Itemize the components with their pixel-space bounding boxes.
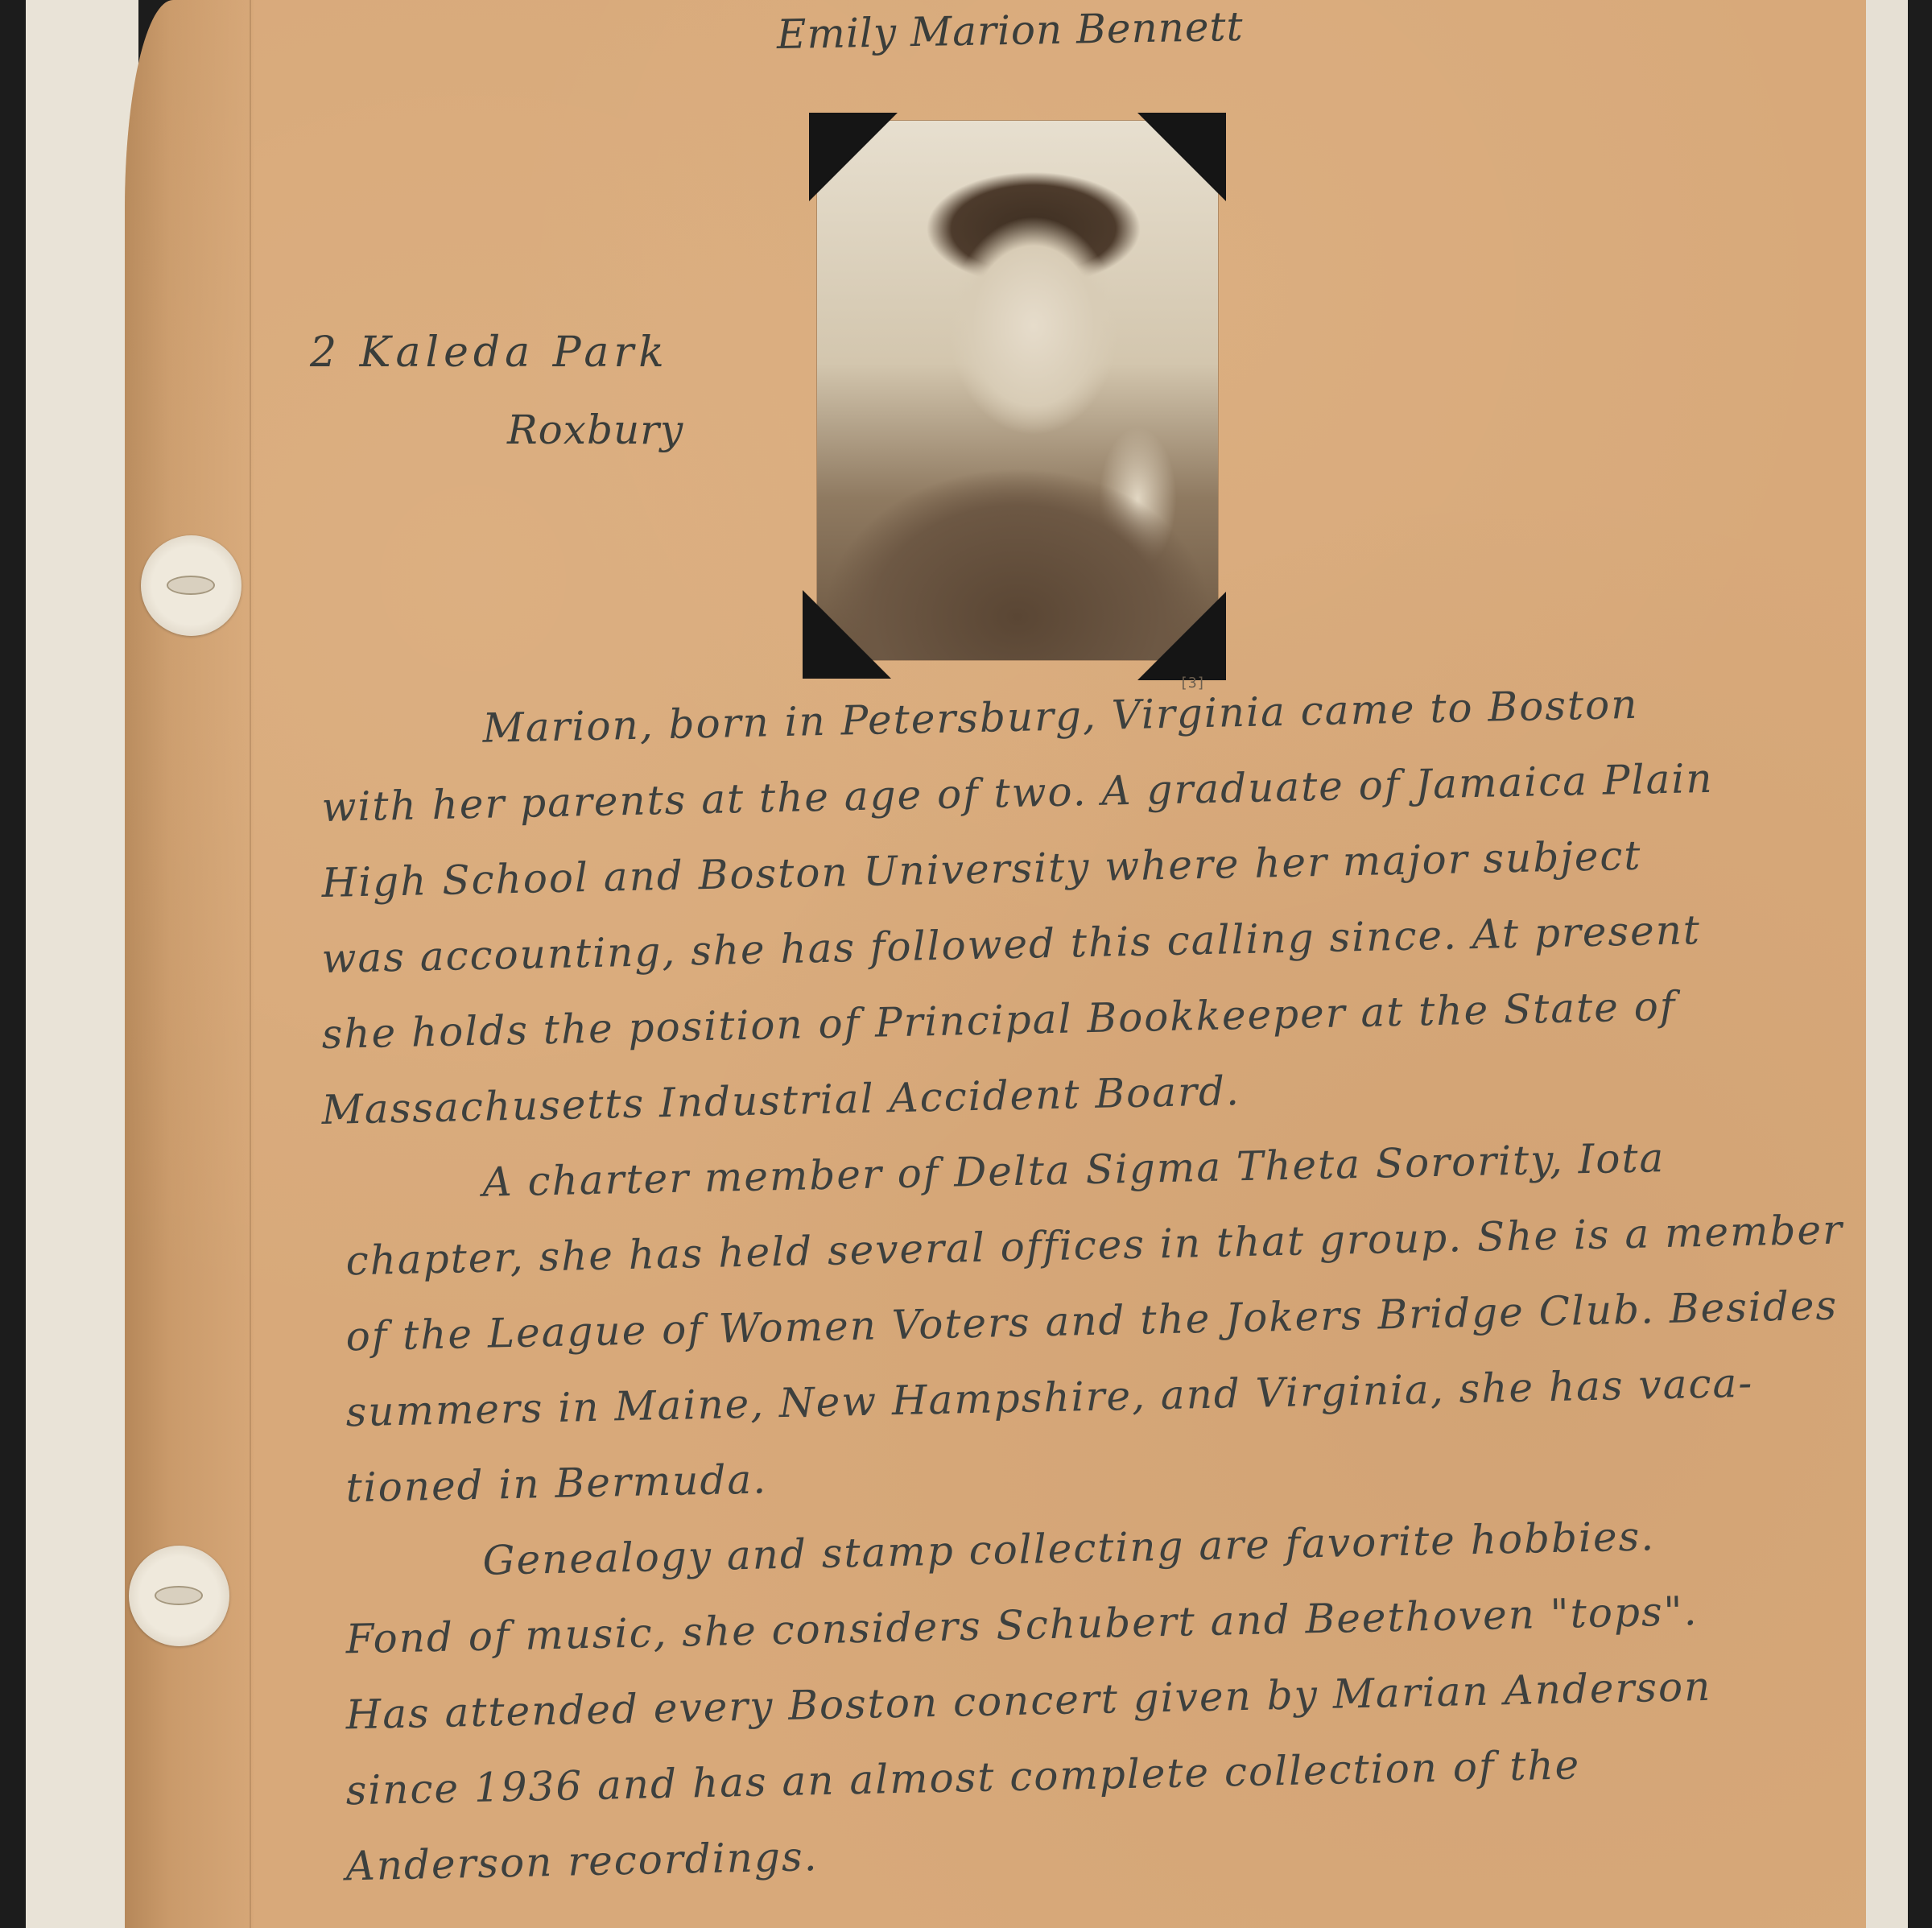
binding-crease	[250, 0, 251, 1928]
address-line-1: 2 Kaleda Park	[310, 328, 669, 377]
portrait-photo-mounted	[809, 113, 1226, 672]
binder-hole-slot	[167, 576, 215, 595]
page-title: Emily Marion Bennett	[776, 3, 1244, 58]
scanned-page-stage: Emily Marion Bennett 2 Kaleda Park Roxbu…	[0, 0, 1932, 1928]
biography-text: Marion, born in Petersburg, Virginia cam…	[322, 708, 1868, 1919]
portrait-photo	[817, 121, 1218, 660]
album-backing-left	[26, 0, 138, 1928]
address-line-2: Roxbury	[507, 407, 683, 453]
photo-number-label: [3]	[1179, 675, 1206, 692]
binder-hole-reinforcement-bottom	[129, 1546, 229, 1646]
binder-hole-slot	[155, 1586, 203, 1605]
binder-hole-reinforcement-top	[141, 535, 242, 636]
